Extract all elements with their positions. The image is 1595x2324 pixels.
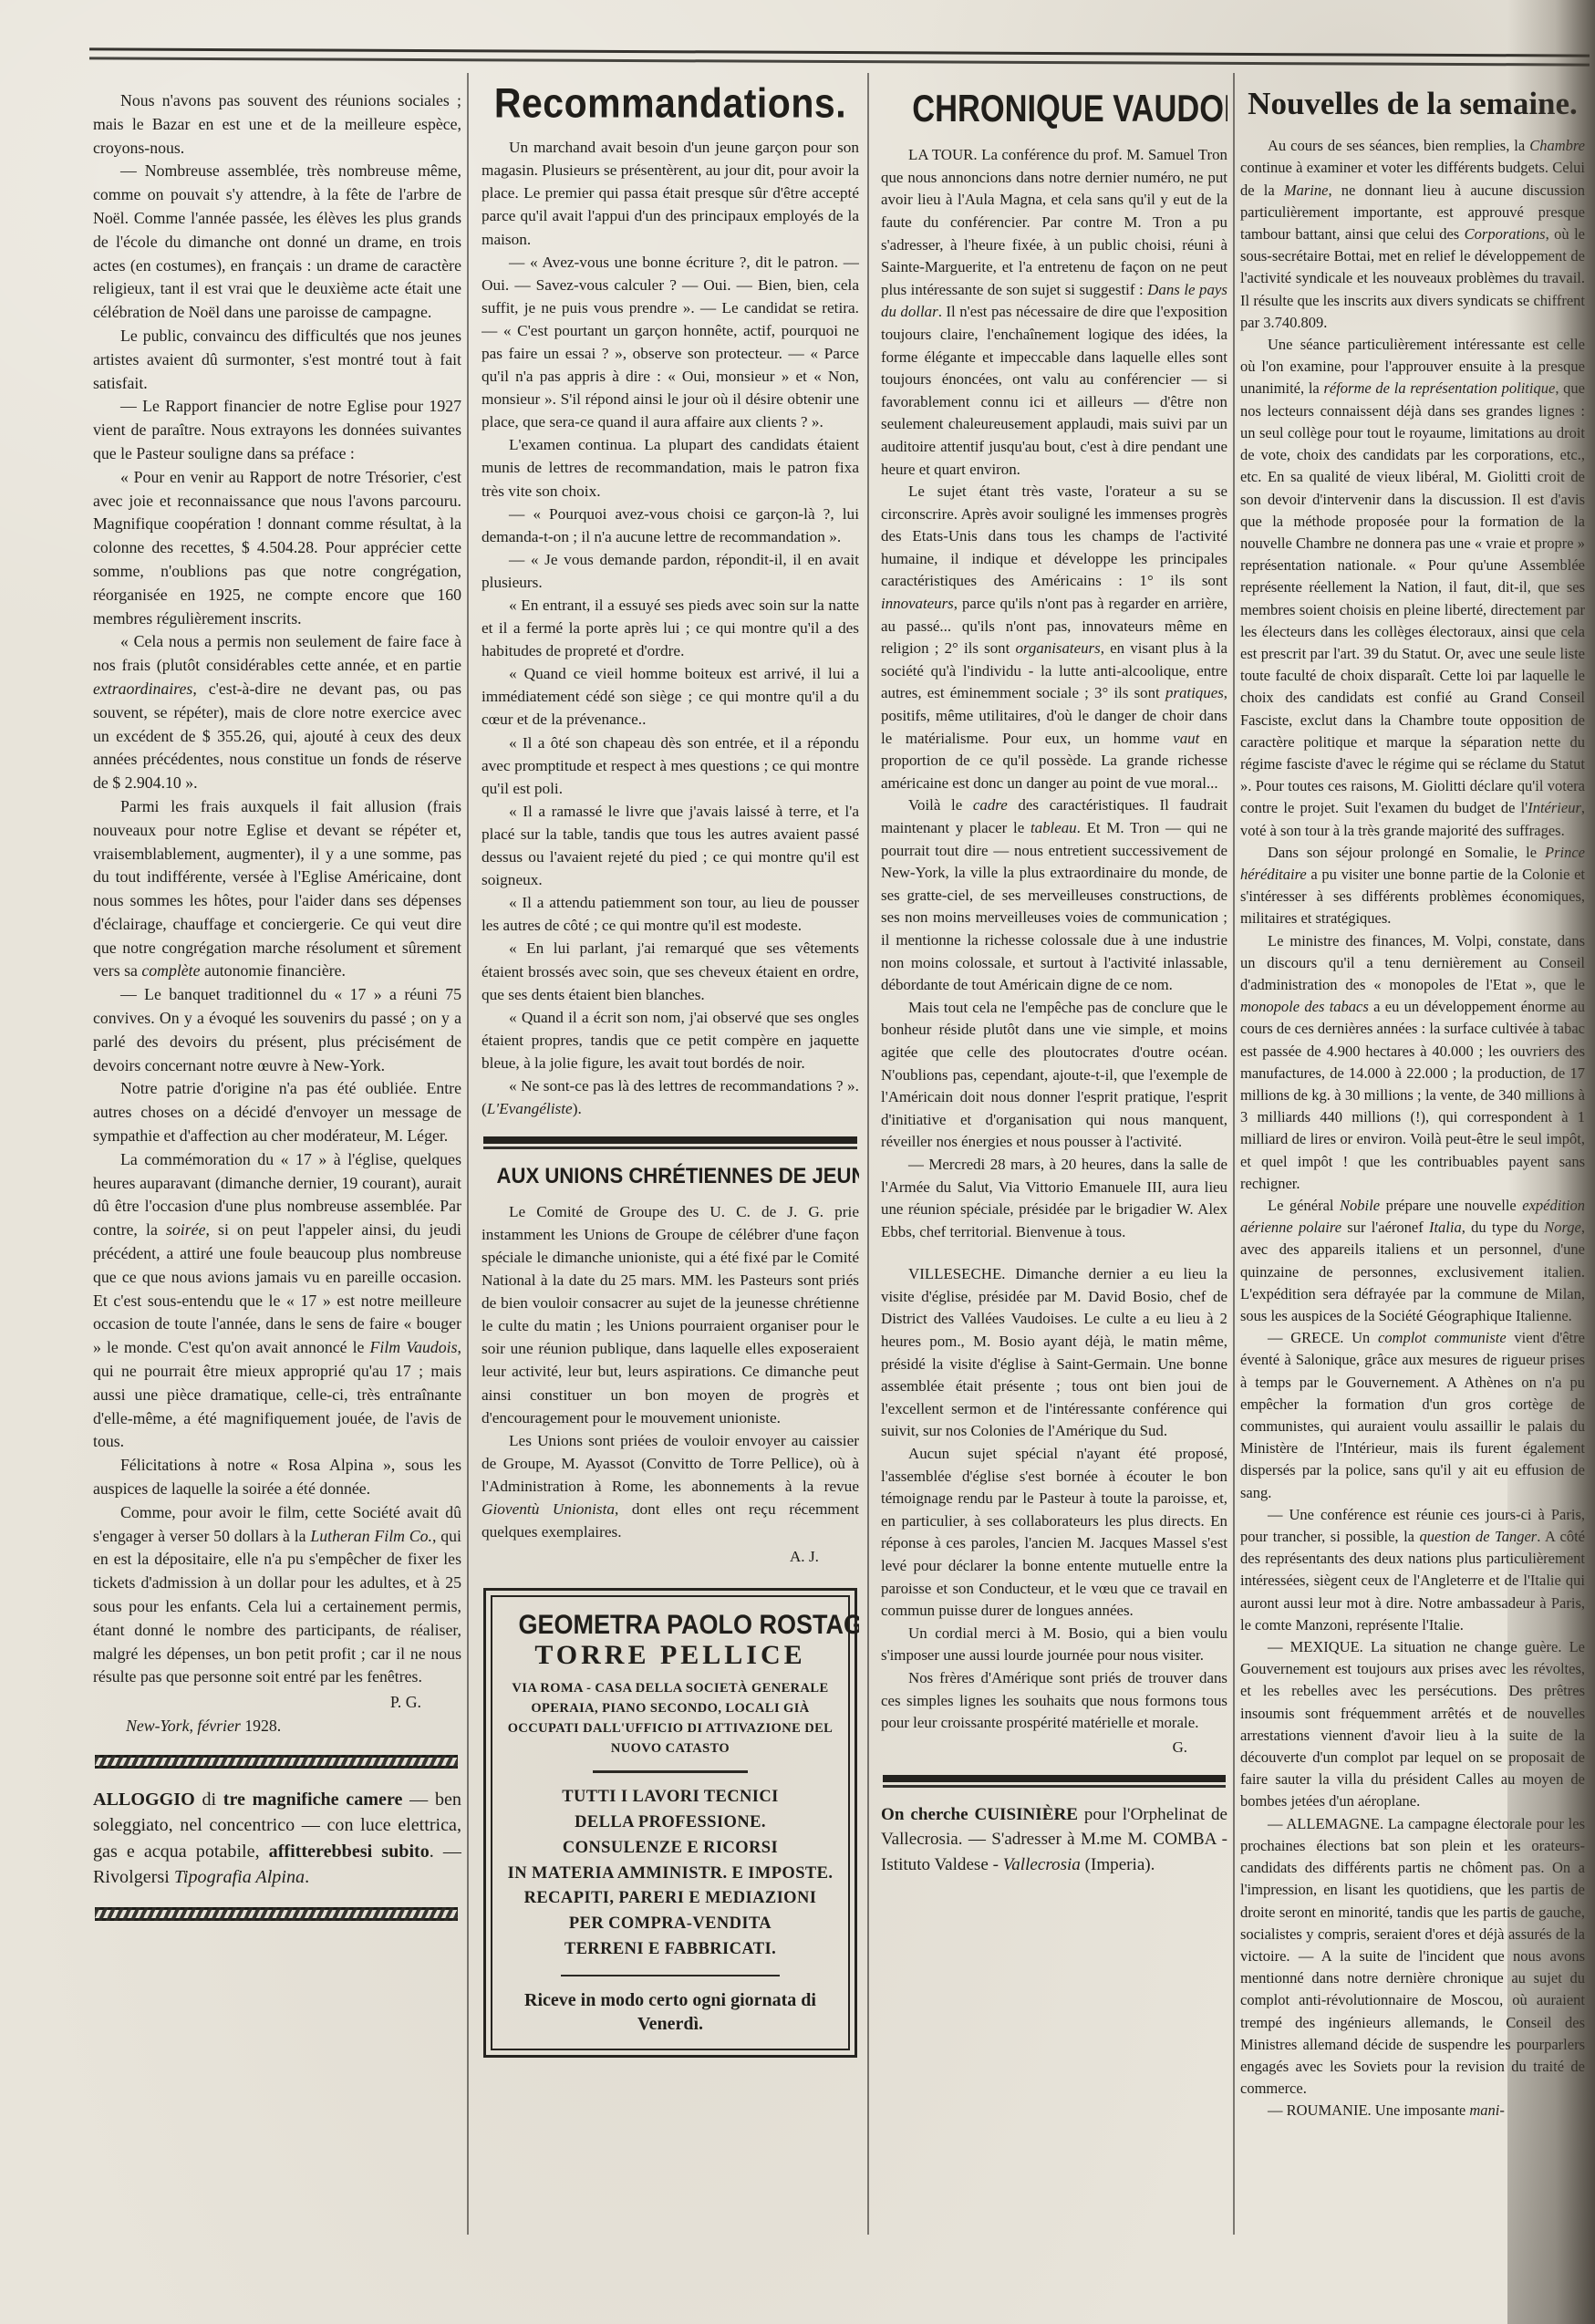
article-paragraph: « En lui parlant, j'ai remarqué que ses … xyxy=(482,937,859,1005)
newspaper-column-1: Nous n'avons pas souvent des réunions so… xyxy=(93,78,461,2320)
column-divider xyxy=(867,73,869,2235)
article-paragraph: Le Comité de Groupe des U. C. de J. G. p… xyxy=(482,1200,859,1429)
article-paragraph: Voilà le cadre des caractéristiques. Il … xyxy=(881,794,1227,996)
article-paragraph: Félicitations à notre « Rosa Alpina », s… xyxy=(93,1454,461,1501)
article-paragraph: On cherche CUISINIÈRE pour l'Orphelinat … xyxy=(881,1802,1227,1876)
article-paragraph: L'examen continua. La plupart des candid… xyxy=(482,433,859,502)
ad-title: GEOMETRA PAOLO ROSTAGNO xyxy=(519,1613,823,1636)
author-initials: P. G. xyxy=(93,1691,421,1715)
article-headline: AUX UNIONS CHRÉTIENNES DE JEUNES GENS. xyxy=(497,1164,844,1189)
article-paragraph: « Ne sont-ce pas là des lettres de recom… xyxy=(482,1074,859,1120)
article-paragraph: Notre patrie d'origine n'a pas été oubli… xyxy=(93,1077,461,1147)
article-paragraph: Une séance particulièrement intéressante… xyxy=(1240,334,1585,842)
article-paragraph: — ALLEMAGNE. La campagne électorale pour… xyxy=(1240,1813,1585,2101)
newspaper-page: Nous n'avons pas souvent des réunions so… xyxy=(0,0,1595,2324)
article-paragraph: — Le Rapport financier de notre Eglise p… xyxy=(93,395,461,465)
article-paragraph: Nous n'avons pas souvent des réunions so… xyxy=(93,89,461,160)
classified-ad-inner: GEOMETRA PAOLO ROSTAGNOTORRE PELLICEVIA … xyxy=(491,1595,850,2049)
article-paragraph: LA TOUR. La conférence du prof. M. Samue… xyxy=(881,144,1227,481)
author-initials: A. J. xyxy=(482,1545,819,1568)
ad-footer: Riceve in modo certo ogni giornata di Ve… xyxy=(502,1988,839,2036)
article-paragraph: Mais tout cela ne l'empêche pas de concl… xyxy=(881,997,1227,1154)
article-paragraph: « Quand ce vieil homme boiteux est arriv… xyxy=(482,662,859,731)
section-divider-rule xyxy=(483,1136,857,1149)
article-paragraph: « Cela nous a permis non seulement de fa… xyxy=(93,630,461,795)
ad-inner-rule xyxy=(561,1975,780,1976)
newspaper-column-3: CHRONIQUE VAUDOISE.LA TOUR. La conférenc… xyxy=(881,78,1227,2320)
newspaper-column-4: Nouvelles de la semaine.Au cours de ses … xyxy=(1240,78,1585,2320)
article-paragraph: VILLESECHE. Dimanche dernier a eu lieu l… xyxy=(881,1263,1227,1443)
article-paragraph: Un cordial merci à M. Bosio, qui a bien … xyxy=(881,1623,1227,1667)
ad-services: TUTTI I LAVORI TECNICI DELLA PROFESSIONE… xyxy=(502,1785,839,1962)
article-paragraph: Nos frères d'Amérique sont priés de trou… xyxy=(881,1667,1227,1735)
article-paragraph: Au cours de ses séances, bien remplies, … xyxy=(1240,135,1585,334)
braided-rule-ornament xyxy=(95,1907,458,1921)
dateline: New-York, février 1928. xyxy=(93,1715,461,1738)
article-paragraph: — « Pourquoi avez-vous choisi ce garçon-… xyxy=(482,503,859,548)
article-paragraph: — GRECE. Un complot communiste vient d'ê… xyxy=(1240,1327,1585,1504)
article-paragraph: Le ministre des finances, M. Volpi, cons… xyxy=(1240,930,1585,1195)
article-paragraph: « Quand il a écrit son nom, j'ai observé… xyxy=(482,1006,859,1074)
article-paragraph: Dans son séjour prolongé en Somalie, le … xyxy=(1240,842,1585,930)
newspaper-column-2: Recommandations.Un marchand avait besoin… xyxy=(482,78,859,2320)
article-paragraph: — Nombreuse assemblée, très nombreuse mê… xyxy=(93,160,461,325)
article-paragraph: — « Je vous demande pardon, répondit-il,… xyxy=(482,548,859,594)
article-paragraph: « Il a attendu patiemment son tour, au l… xyxy=(482,891,859,937)
article-paragraph: Comme, pour avoir le film, cette Société… xyxy=(93,1501,461,1689)
article-paragraph: — Le banquet traditionnel du « 17 » a ré… xyxy=(93,983,461,1077)
classified-ad-box: GEOMETRA PAOLO ROSTAGNOTORRE PELLICEVIA … xyxy=(483,1588,857,2057)
column-divider xyxy=(467,73,469,2235)
article-paragraph: « Il a ôté son chapeau dès son entrée, e… xyxy=(482,731,859,800)
article-headline: Nouvelles de la semaine. xyxy=(1240,86,1585,122)
article-paragraph: — Une conférence est réunie ces jours-ci… xyxy=(1240,1504,1585,1636)
ad-subtitle: TORRE PELLICE xyxy=(502,1644,839,1666)
article-paragraph: Les Unions sont priées de vouloir envoye… xyxy=(482,1429,859,1543)
article-paragraph: « Pour en venir au Rapport de notre Trés… xyxy=(93,466,461,631)
article-paragraph: Le général Nobile prépare une nouvelle e… xyxy=(1240,1195,1585,1327)
article-paragraph: « En entrant, il a essuyé ses pieds avec… xyxy=(482,594,859,662)
article-paragraph: — « Avez-vous une bonne écriture ?, dit … xyxy=(482,251,859,434)
article-paragraph: ALLOGGIO di tre magnifiche camere — ben … xyxy=(93,1787,461,1891)
article-paragraph: Le public, convaincu des difficultés que… xyxy=(93,325,461,395)
article-paragraph: Aucun sujet spécial n'ayant été proposé,… xyxy=(881,1443,1227,1623)
article-paragraph: « Il a ramassé le livre que j'avais lais… xyxy=(482,800,859,891)
article-paragraph: Un marchand avait besoin d'un jeune garç… xyxy=(482,136,859,250)
top-double-rule xyxy=(89,47,1590,66)
braided-rule-ornament xyxy=(95,1755,458,1769)
column-divider xyxy=(1233,73,1235,2235)
article-paragraph: — MEXIQUE. La situation ne change guère.… xyxy=(1240,1636,1585,1813)
article-paragraph: — ROUMANIE. Une imposante mani- xyxy=(1240,2100,1585,2122)
article-headline: CHRONIQUE VAUDOISE. xyxy=(912,88,1196,130)
author-initials: G. xyxy=(881,1737,1187,1759)
article-paragraph: La commémoration du « 17 » à l'église, q… xyxy=(93,1148,461,1454)
ad-inner-rule xyxy=(593,1770,748,1773)
article-paragraph: — Mercredi 28 mars, à 20 heures, dans la… xyxy=(881,1154,1227,1243)
section-divider-rule xyxy=(883,1775,1226,1788)
article-paragraph: Le sujet étant très vaste, l'orateur a s… xyxy=(881,481,1227,794)
ad-address: VIA ROMA - CASA DELLA SOCIETÀ GENERALE O… xyxy=(503,1679,837,1759)
article-paragraph: Parmi les frais auxquels il fait allusio… xyxy=(93,795,461,983)
article-headline: Recommandations. xyxy=(482,80,859,128)
